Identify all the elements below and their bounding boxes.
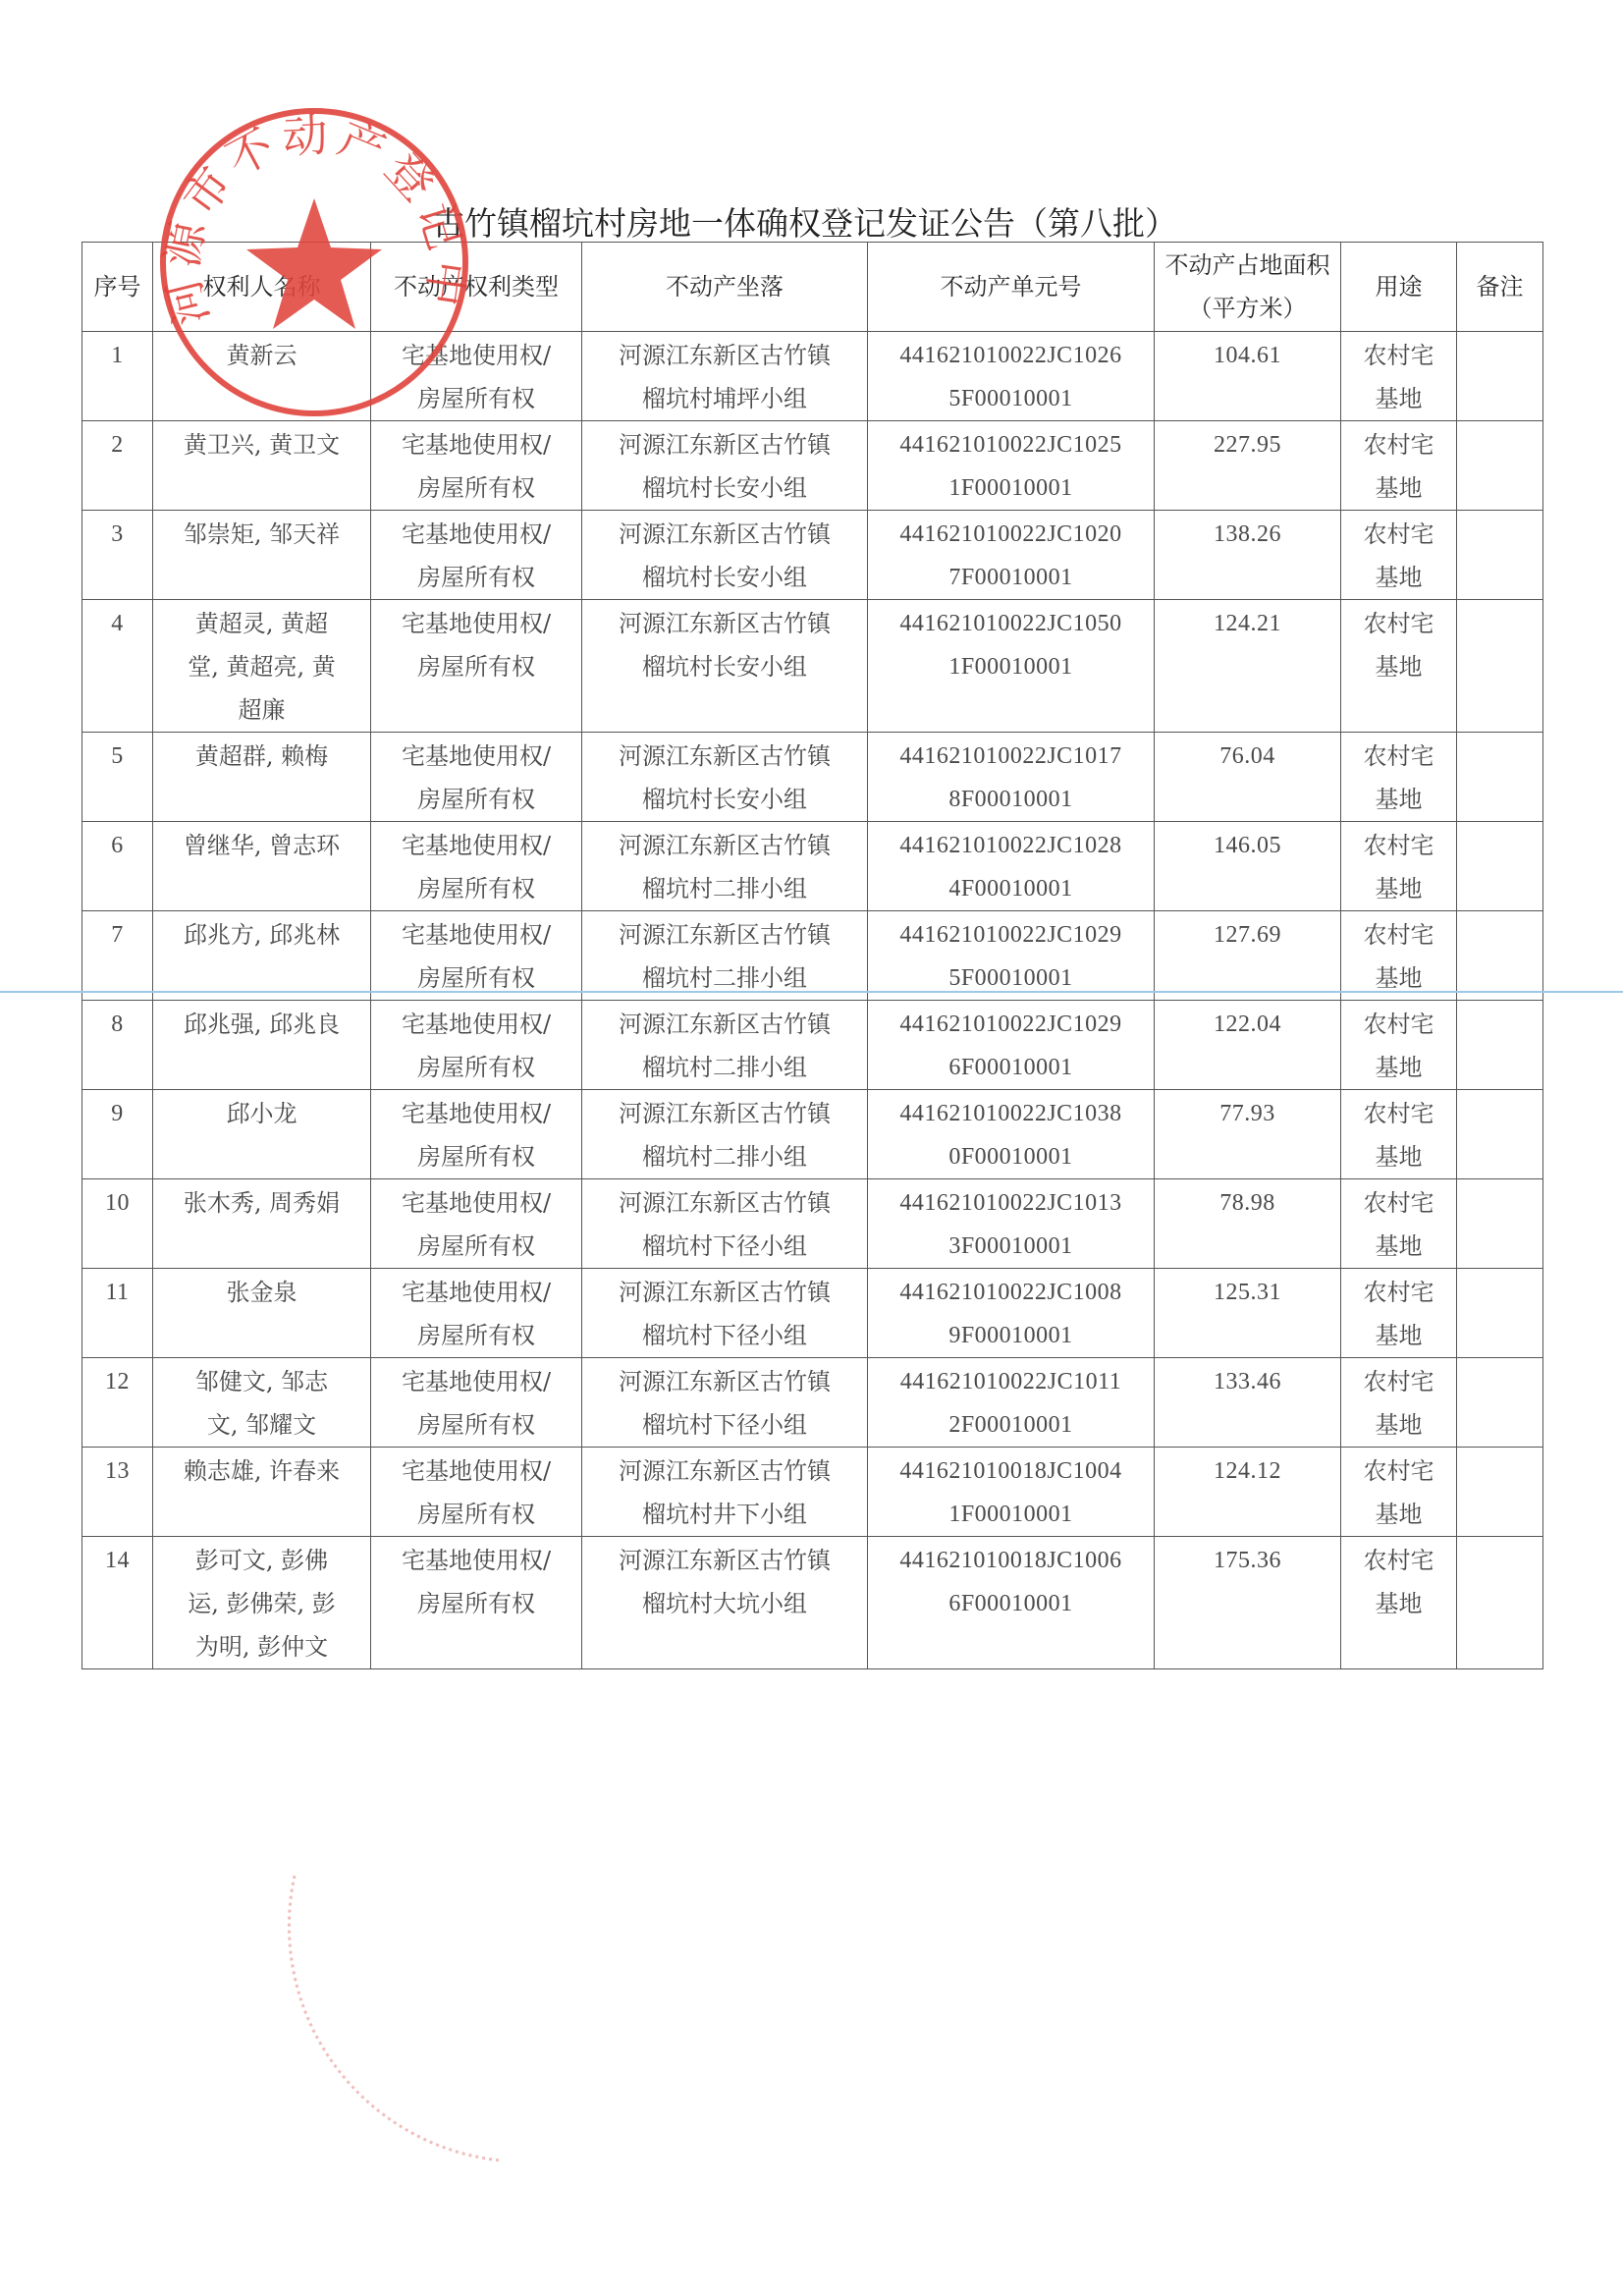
table-row: 10张木秀, 周秀娟宅基地使用权/房屋所有权河源江东新区古竹镇榴坑村下径小组44… [82,1179,1543,1269]
cell-remarks [1457,1358,1543,1448]
table-row: 13赖志雄, 许春来宅基地使用权/房屋所有权河源江东新区古竹镇榴坑村井下小组44… [82,1448,1543,1537]
cell-usage: 农村宅基地 [1341,1001,1457,1090]
cell-unit-no: 441621010022JC10133F00010001 [868,1179,1155,1269]
cell-owner-line: 赖志雄, 许春来 [163,1449,360,1493]
table-row: 2黄卫兴, 黄卫文宅基地使用权/房屋所有权河源江东新区古竹镇榴坑村长安小组441… [82,421,1543,511]
cell-unit-no-line: 441621010022JC1013 [868,1181,1154,1225]
cell-owner-line: 运, 彭佛荣, 彭 [163,1582,360,1625]
table-row: 5黄超群, 赖梅宅基地使用权/房屋所有权河源江东新区古竹镇榴坑村长安小组4416… [82,733,1543,822]
cell-owner-line: 张金泉 [163,1271,360,1314]
cell-usage-line: 基地 [1341,556,1456,599]
cell-unit-no-line: 5F00010001 [868,377,1154,420]
header-remarks: 备注 [1457,243,1543,332]
cell-area: 227.95 [1155,421,1341,511]
cell-area: 104.61 [1155,332,1341,421]
cell-right-type-line: 宅基地使用权/ [371,513,581,556]
cell-index: 4 [82,600,153,733]
cell-unit-no-line: 441621010022JC1038 [868,1092,1154,1135]
table-header-row: 序号 权利人名称 不动产权利类型 不动产坐落 不动产单元号 不动产占地面积 （平… [82,243,1543,332]
cell-remarks [1457,332,1543,421]
cell-right-type: 宅基地使用权/房屋所有权 [371,600,582,733]
cell-right-type: 宅基地使用权/房屋所有权 [371,1090,582,1179]
header-area-line2: （平方米） [1155,287,1340,330]
cell-right-type: 宅基地使用权/房屋所有权 [371,1358,582,1448]
cell-owner: 黄超灵, 黄超堂, 黄超亮, 黄超廉 [153,600,371,733]
cell-location-line: 榴坑村井下小组 [582,1493,867,1536]
cell-unit-no: 441621010018JC10041F00010001 [868,1448,1155,1537]
cell-location-line: 河源江东新区古竹镇 [582,1539,867,1582]
cell-usage-line: 基地 [1341,1403,1456,1447]
cell-owner-line: 黄新云 [163,334,360,377]
cell-right-type: 宅基地使用权/房屋所有权 [371,1537,582,1669]
cell-location-line: 河源江东新区古竹镇 [582,913,867,957]
cell-unit-no-line: 3F00010001 [868,1225,1154,1268]
cell-unit-no-line: 4F00010001 [868,867,1154,910]
cell-usage-line: 农村宅 [1341,1092,1456,1135]
cell-right-type-line: 房屋所有权 [371,1314,581,1357]
table-row: 11张金泉宅基地使用权/房屋所有权河源江东新区古竹镇榴坑村下径小组4416210… [82,1269,1543,1358]
cell-owner-line: 邱兆强, 邱兆良 [163,1003,360,1046]
cell-location: 河源江东新区古竹镇榴坑村长安小组 [582,733,868,822]
cell-location-line: 河源江东新区古竹镇 [582,1360,867,1403]
cell-owner: 邱兆强, 邱兆良 [153,1001,371,1090]
cell-right-type-line: 房屋所有权 [371,645,581,688]
cell-area: 77.93 [1155,1090,1341,1179]
cell-usage-line: 基地 [1341,1046,1456,1089]
cell-usage-line: 基地 [1341,867,1456,910]
cell-index: 6 [82,822,153,911]
cell-remarks [1457,733,1543,822]
header-area: 不动产占地面积 （平方米） [1155,243,1341,332]
cell-usage-line: 农村宅 [1341,1539,1456,1582]
cell-location: 河源江东新区古竹镇榴坑村二排小组 [582,1090,868,1179]
cell-area: 133.46 [1155,1358,1341,1448]
document-title: 古竹镇榴坑村房地一体确权登记发证公告（第八批） [432,201,1178,246]
cell-usage-line: 农村宅 [1341,735,1456,778]
cell-right-type-line: 房屋所有权 [371,466,581,510]
cell-owner-line: 文, 邹耀文 [163,1403,360,1447]
cell-location-line: 榴坑村下径小组 [582,1403,867,1447]
cell-area: 124.12 [1155,1448,1341,1537]
cell-area: 76.04 [1155,733,1341,822]
cell-owner-line: 黄卫兴, 黄卫文 [163,423,360,466]
cell-owner-line: 彭可文, 彭佛 [163,1539,360,1582]
cell-usage: 农村宅基地 [1341,1358,1457,1448]
cell-usage-line: 基地 [1341,957,1456,1000]
cell-unit-no: 441621010022JC10112F00010001 [868,1358,1155,1448]
cell-owner: 邹健文, 邹志文, 邹耀文 [153,1358,371,1448]
cell-location-line: 河源江东新区古竹镇 [582,423,867,466]
cell-index: 9 [82,1090,153,1179]
cell-usage: 农村宅基地 [1341,511,1457,600]
cell-location: 河源江东新区古竹镇榴坑村下径小组 [582,1179,868,1269]
header-owner: 权利人名称 [153,243,371,332]
cell-usage-line: 基地 [1341,466,1456,510]
cell-right-type-line: 房屋所有权 [371,957,581,1000]
cell-location: 河源江东新区古竹镇榴坑村长安小组 [582,600,868,733]
cell-right-type: 宅基地使用权/房屋所有权 [371,822,582,911]
cell-location-line: 榴坑村二排小组 [582,1046,867,1089]
cell-right-type-line: 房屋所有权 [371,867,581,910]
cell-area: 127.69 [1155,911,1341,1001]
scan-artifact-line [0,991,1623,993]
cell-usage-line: 农村宅 [1341,423,1456,466]
cell-unit-no-line: 1F00010001 [868,1493,1154,1536]
cell-owner: 邱小龙 [153,1090,371,1179]
cell-location-line: 河源江东新区古竹镇 [582,1449,867,1493]
table-row: 14彭可文, 彭佛运, 彭佛荣, 彭为明, 彭仲文宅基地使用权/房屋所有权河源江… [82,1537,1543,1669]
cell-unit-no: 441621010022JC10296F00010001 [868,1001,1155,1090]
cell-unit-no: 441621010022JC10089F00010001 [868,1269,1155,1358]
cell-usage-line: 农村宅 [1341,1003,1456,1046]
cell-index: 12 [82,1358,153,1448]
cell-usage: 农村宅基地 [1341,1537,1457,1669]
cell-unit-no: 441621010022JC10265F00010001 [868,332,1155,421]
cell-owner: 黄卫兴, 黄卫文 [153,421,371,511]
cell-location: 河源江东新区古竹镇榴坑村二排小组 [582,822,868,911]
cell-location: 河源江东新区古竹镇榴坑村井下小组 [582,1448,868,1537]
cell-right-type-line: 宅基地使用权/ [371,1092,581,1135]
cell-right-type-line: 房屋所有权 [371,1225,581,1268]
registration-table: 序号 权利人名称 不动产权利类型 不动产坐落 不动产单元号 不动产占地面积 （平… [81,242,1543,1669]
cell-owner-line: 邱小龙 [163,1092,360,1135]
cell-area: 122.04 [1155,1001,1341,1090]
cell-usage: 农村宅基地 [1341,733,1457,822]
cell-remarks [1457,1448,1543,1537]
cell-right-type-line: 宅基地使用权/ [371,1271,581,1314]
cell-unit-no-line: 441621010022JC1020 [868,513,1154,556]
cell-usage-line: 农村宅 [1341,913,1456,957]
cell-usage-line: 农村宅 [1341,824,1456,867]
cell-owner-line: 邱兆方, 邱兆林 [163,913,360,957]
cell-right-type-line: 宅基地使用权/ [371,1539,581,1582]
cell-location-line: 榴坑村下径小组 [582,1225,867,1268]
cell-owner: 黄新云 [153,332,371,421]
cell-usage: 农村宅基地 [1341,600,1457,733]
cell-unit-no-line: 441621010022JC1029 [868,913,1154,957]
cell-unit-no-line: 441621010022JC1028 [868,824,1154,867]
cell-unit-no-line: 441621010022JC1026 [868,334,1154,377]
cell-usage-line: 农村宅 [1341,1360,1456,1403]
cell-usage: 农村宅基地 [1341,911,1457,1001]
cell-unit-no-line: 441621010022JC1017 [868,735,1154,778]
cell-location-line: 河源江东新区古竹镇 [582,334,867,377]
cell-unit-no-line: 441621010022JC1008 [868,1271,1154,1314]
cell-unit-no-line: 6F00010001 [868,1046,1154,1089]
cell-remarks [1457,1269,1543,1358]
cell-location-line: 河源江东新区古竹镇 [582,824,867,867]
cell-right-type: 宅基地使用权/房屋所有权 [371,332,582,421]
table-row: 7邱兆方, 邱兆林宅基地使用权/房屋所有权河源江东新区古竹镇榴坑村二排小组441… [82,911,1543,1001]
cell-right-type-line: 房屋所有权 [371,377,581,420]
cell-location-line: 榴坑村大坑小组 [582,1582,867,1625]
cell-right-type-line: 房屋所有权 [371,1403,581,1447]
cell-index: 11 [82,1269,153,1358]
cell-area: 146.05 [1155,822,1341,911]
cell-right-type: 宅基地使用权/房屋所有权 [371,511,582,600]
cell-usage: 农村宅基地 [1341,1179,1457,1269]
cell-unit-no-line: 8F00010001 [868,778,1154,821]
cell-right-type-line: 房屋所有权 [371,778,581,821]
cell-owner: 赖志雄, 许春来 [153,1448,371,1537]
cell-location-line: 榴坑村二排小组 [582,867,867,910]
cell-location: 河源江东新区古竹镇榴坑村下径小组 [582,1269,868,1358]
cell-unit-no: 441621010022JC10380F00010001 [868,1090,1155,1179]
cell-remarks [1457,1537,1543,1669]
cell-location: 河源江东新区古竹镇榴坑村长安小组 [582,421,868,511]
cell-owner-line: 黄超群, 赖梅 [163,735,360,778]
cell-right-type-line: 房屋所有权 [371,1046,581,1089]
cell-unit-no-line: 441621010022JC1011 [868,1360,1154,1403]
cell-index: 2 [82,421,153,511]
cell-unit-no-line: 9F00010001 [868,1314,1154,1357]
cell-unit-no: 441621010022JC10178F00010001 [868,733,1155,822]
cell-right-type-line: 宅基地使用权/ [371,334,581,377]
cell-owner: 张金泉 [153,1269,371,1358]
cell-right-type-line: 房屋所有权 [371,1582,581,1625]
cell-right-type-line: 宅基地使用权/ [371,735,581,778]
header-area-line1: 不动产占地面积 [1155,244,1340,287]
cell-owner: 曾继华, 曾志环 [153,822,371,911]
cell-owner: 邱兆方, 邱兆林 [153,911,371,1001]
cell-index: 14 [82,1537,153,1669]
cell-usage: 农村宅基地 [1341,332,1457,421]
header-unit-no: 不动产单元号 [868,243,1155,332]
cell-owner-line: 超廉 [163,688,360,732]
cell-remarks [1457,1090,1543,1179]
cell-location-line: 榴坑村长安小组 [582,645,867,688]
cell-unit-no-line: 7F00010001 [868,556,1154,599]
cell-unit-no: 441621010022JC10284F00010001 [868,822,1155,911]
header-index: 序号 [82,243,153,332]
cell-unit-no: 441621010022JC10207F00010001 [868,511,1155,600]
cell-unit-no-line: 1F00010001 [868,645,1154,688]
cell-unit-no: 441621010022JC10501F00010001 [868,600,1155,733]
table-row: 6曾继华, 曾志环宅基地使用权/房屋所有权河源江东新区古竹镇榴坑村二排小组441… [82,822,1543,911]
cell-location: 河源江东新区古竹镇榴坑村大坑小组 [582,1537,868,1669]
cell-owner: 张木秀, 周秀娟 [153,1179,371,1269]
cell-right-type: 宅基地使用权/房屋所有权 [371,1448,582,1537]
cell-right-type: 宅基地使用权/房屋所有权 [371,1269,582,1358]
cell-location-line: 河源江东新区古竹镇 [582,602,867,645]
cell-unit-no-line: 441621010022JC1025 [868,423,1154,466]
cell-usage-line: 基地 [1341,778,1456,821]
cell-usage: 农村宅基地 [1341,1448,1457,1537]
cell-unit-no-line: 441621010022JC1050 [868,602,1154,645]
header-usage: 用途 [1341,243,1457,332]
cell-owner-line: 邹崇矩, 邹天祥 [163,513,360,556]
cell-usage-line: 基地 [1341,377,1456,420]
cell-index: 10 [82,1179,153,1269]
cell-location-line: 河源江东新区古竹镇 [582,513,867,556]
cell-right-type-line: 宅基地使用权/ [371,824,581,867]
cell-owner-line: 黄超灵, 黄超 [163,602,360,645]
cell-area: 138.26 [1155,511,1341,600]
cell-owner: 邹崇矩, 邹天祥 [153,511,371,600]
cell-usage: 农村宅基地 [1341,1090,1457,1179]
cell-usage-line: 基地 [1341,1493,1456,1536]
table-row: 4黄超灵, 黄超堂, 黄超亮, 黄超廉宅基地使用权/房屋所有权河源江东新区古竹镇… [82,600,1543,733]
cell-usage-line: 基地 [1341,1225,1456,1268]
cell-right-type: 宅基地使用权/房屋所有权 [371,733,582,822]
cell-location-line: 榴坑村埔坪小组 [582,377,867,420]
cell-usage: 农村宅基地 [1341,1269,1457,1358]
cell-location-line: 河源江东新区古竹镇 [582,1181,867,1225]
cell-right-type: 宅基地使用权/房屋所有权 [371,421,582,511]
cell-area: 124.21 [1155,600,1341,733]
cell-unit-no-line: 2F00010001 [868,1403,1154,1447]
cell-unit-no-line: 441621010018JC1004 [868,1449,1154,1493]
cell-location-line: 河源江东新区古竹镇 [582,1092,867,1135]
cell-usage: 农村宅基地 [1341,822,1457,911]
cell-unit-no: 441621010022JC10295F00010001 [868,911,1155,1001]
cell-right-type: 宅基地使用权/房屋所有权 [371,911,582,1001]
table-row: 12邹健文, 邹志文, 邹耀文宅基地使用权/房屋所有权河源江东新区古竹镇榴坑村下… [82,1358,1543,1448]
cell-right-type: 宅基地使用权/房屋所有权 [371,1179,582,1269]
cell-location-line: 榴坑村下径小组 [582,1314,867,1357]
cell-location-line: 河源江东新区古竹镇 [582,1003,867,1046]
cell-owner: 黄超群, 赖梅 [153,733,371,822]
cell-usage-line: 农村宅 [1341,602,1456,645]
cell-remarks [1457,822,1543,911]
cell-right-type-line: 宅基地使用权/ [371,1181,581,1225]
cell-area: 78.98 [1155,1179,1341,1269]
cell-usage-line: 基地 [1341,1314,1456,1357]
cell-owner-line: 堂, 黄超亮, 黄 [163,645,360,688]
table-row: 3邹崇矩, 邹天祥宅基地使用权/房屋所有权河源江东新区古竹镇榴坑村长安小组441… [82,511,1543,600]
faint-seal-arc [265,1866,589,2180]
cell-right-type-line: 宅基地使用权/ [371,1449,581,1493]
cell-location-line: 榴坑村二排小组 [582,957,867,1000]
cell-usage-line: 农村宅 [1341,1271,1456,1314]
table-row: 9邱小龙宅基地使用权/房屋所有权河源江东新区古竹镇榴坑村二排小组44162101… [82,1090,1543,1179]
cell-location-line: 河源江东新区古竹镇 [582,735,867,778]
cell-unit-no-line: 0F00010001 [868,1135,1154,1178]
cell-unit-no-line: 441621010018JC1006 [868,1539,1154,1582]
cell-index: 1 [82,332,153,421]
cell-owner-line: 邹健文, 邹志 [163,1360,360,1403]
cell-right-type-line: 房屋所有权 [371,1135,581,1178]
cell-remarks [1457,421,1543,511]
cell-location-line: 河源江东新区古竹镇 [582,1271,867,1314]
cell-location: 河源江东新区古竹镇榴坑村长安小组 [582,511,868,600]
cell-right-type-line: 房屋所有权 [371,1493,581,1536]
cell-index: 13 [82,1448,153,1537]
cell-owner-line: 张木秀, 周秀娟 [163,1181,360,1225]
table-row: 1黄新云宅基地使用权/房屋所有权河源江东新区古竹镇榴坑村埔坪小组44162101… [82,332,1543,421]
cell-right-type-line: 宅基地使用权/ [371,602,581,645]
cell-usage-line: 基地 [1341,645,1456,688]
table-body: 1黄新云宅基地使用权/房屋所有权河源江东新区古竹镇榴坑村埔坪小组44162101… [82,332,1543,1669]
cell-unit-no-line: 5F00010001 [868,957,1154,1000]
cell-right-type-line: 房屋所有权 [371,556,581,599]
cell-usage-line: 农村宅 [1341,1449,1456,1493]
cell-unit-no-line: 441621010022JC1029 [868,1003,1154,1046]
cell-usage-line: 基地 [1341,1582,1456,1625]
cell-unit-no-line: 6F00010001 [868,1582,1154,1625]
cell-usage-line: 基地 [1341,1135,1456,1178]
cell-right-type-line: 宅基地使用权/ [371,1003,581,1046]
cell-location-line: 榴坑村长安小组 [582,556,867,599]
cell-location: 河源江东新区古竹镇榴坑村二排小组 [582,911,868,1001]
cell-remarks [1457,511,1543,600]
cell-usage-line: 农村宅 [1341,513,1456,556]
cell-location: 河源江东新区古竹镇榴坑村下径小组 [582,1358,868,1448]
cell-owner-line: 为明, 彭仲文 [163,1625,360,1668]
cell-area: 175.36 [1155,1537,1341,1669]
cell-owner-line: 曾继华, 曾志环 [163,824,360,867]
cell-remarks [1457,1179,1543,1269]
cell-usage: 农村宅基地 [1341,421,1457,511]
cell-right-type-line: 宅基地使用权/ [371,1360,581,1403]
cell-remarks [1457,600,1543,733]
cell-location: 河源江东新区古竹镇榴坑村二排小组 [582,1001,868,1090]
cell-unit-no-line: 1F00010001 [868,466,1154,510]
cell-location: 河源江东新区古竹镇榴坑村埔坪小组 [582,332,868,421]
cell-location-line: 榴坑村长安小组 [582,466,867,510]
document-page: 古竹镇榴坑村房地一体确权登记发证公告（第八批） 序号 权利人名称 不动产权利类型… [0,0,1623,2296]
cell-index: 3 [82,511,153,600]
cell-index: 5 [82,733,153,822]
cell-location-line: 榴坑村长安小组 [582,778,867,821]
cell-right-type: 宅基地使用权/房屋所有权 [371,1001,582,1090]
cell-right-type-line: 宅基地使用权/ [371,913,581,957]
cell-right-type-line: 宅基地使用权/ [371,423,581,466]
cell-location-line: 榴坑村二排小组 [582,1135,867,1178]
cell-owner: 彭可文, 彭佛运, 彭佛荣, 彭为明, 彭仲文 [153,1537,371,1669]
header-right-type: 不动产权利类型 [371,243,582,332]
cell-area: 125.31 [1155,1269,1341,1358]
cell-index: 8 [82,1001,153,1090]
cell-remarks [1457,1001,1543,1090]
cell-remarks [1457,911,1543,1001]
cell-unit-no: 441621010022JC10251F00010001 [868,421,1155,511]
cell-usage-line: 农村宅 [1341,1181,1456,1225]
table-row: 8邱兆强, 邱兆良宅基地使用权/房屋所有权河源江东新区古竹镇榴坑村二排小组441… [82,1001,1543,1090]
cell-index: 7 [82,911,153,1001]
cell-unit-no: 441621010018JC10066F00010001 [868,1537,1155,1669]
header-location: 不动产坐落 [582,243,868,332]
cell-usage-line: 农村宅 [1341,334,1456,377]
